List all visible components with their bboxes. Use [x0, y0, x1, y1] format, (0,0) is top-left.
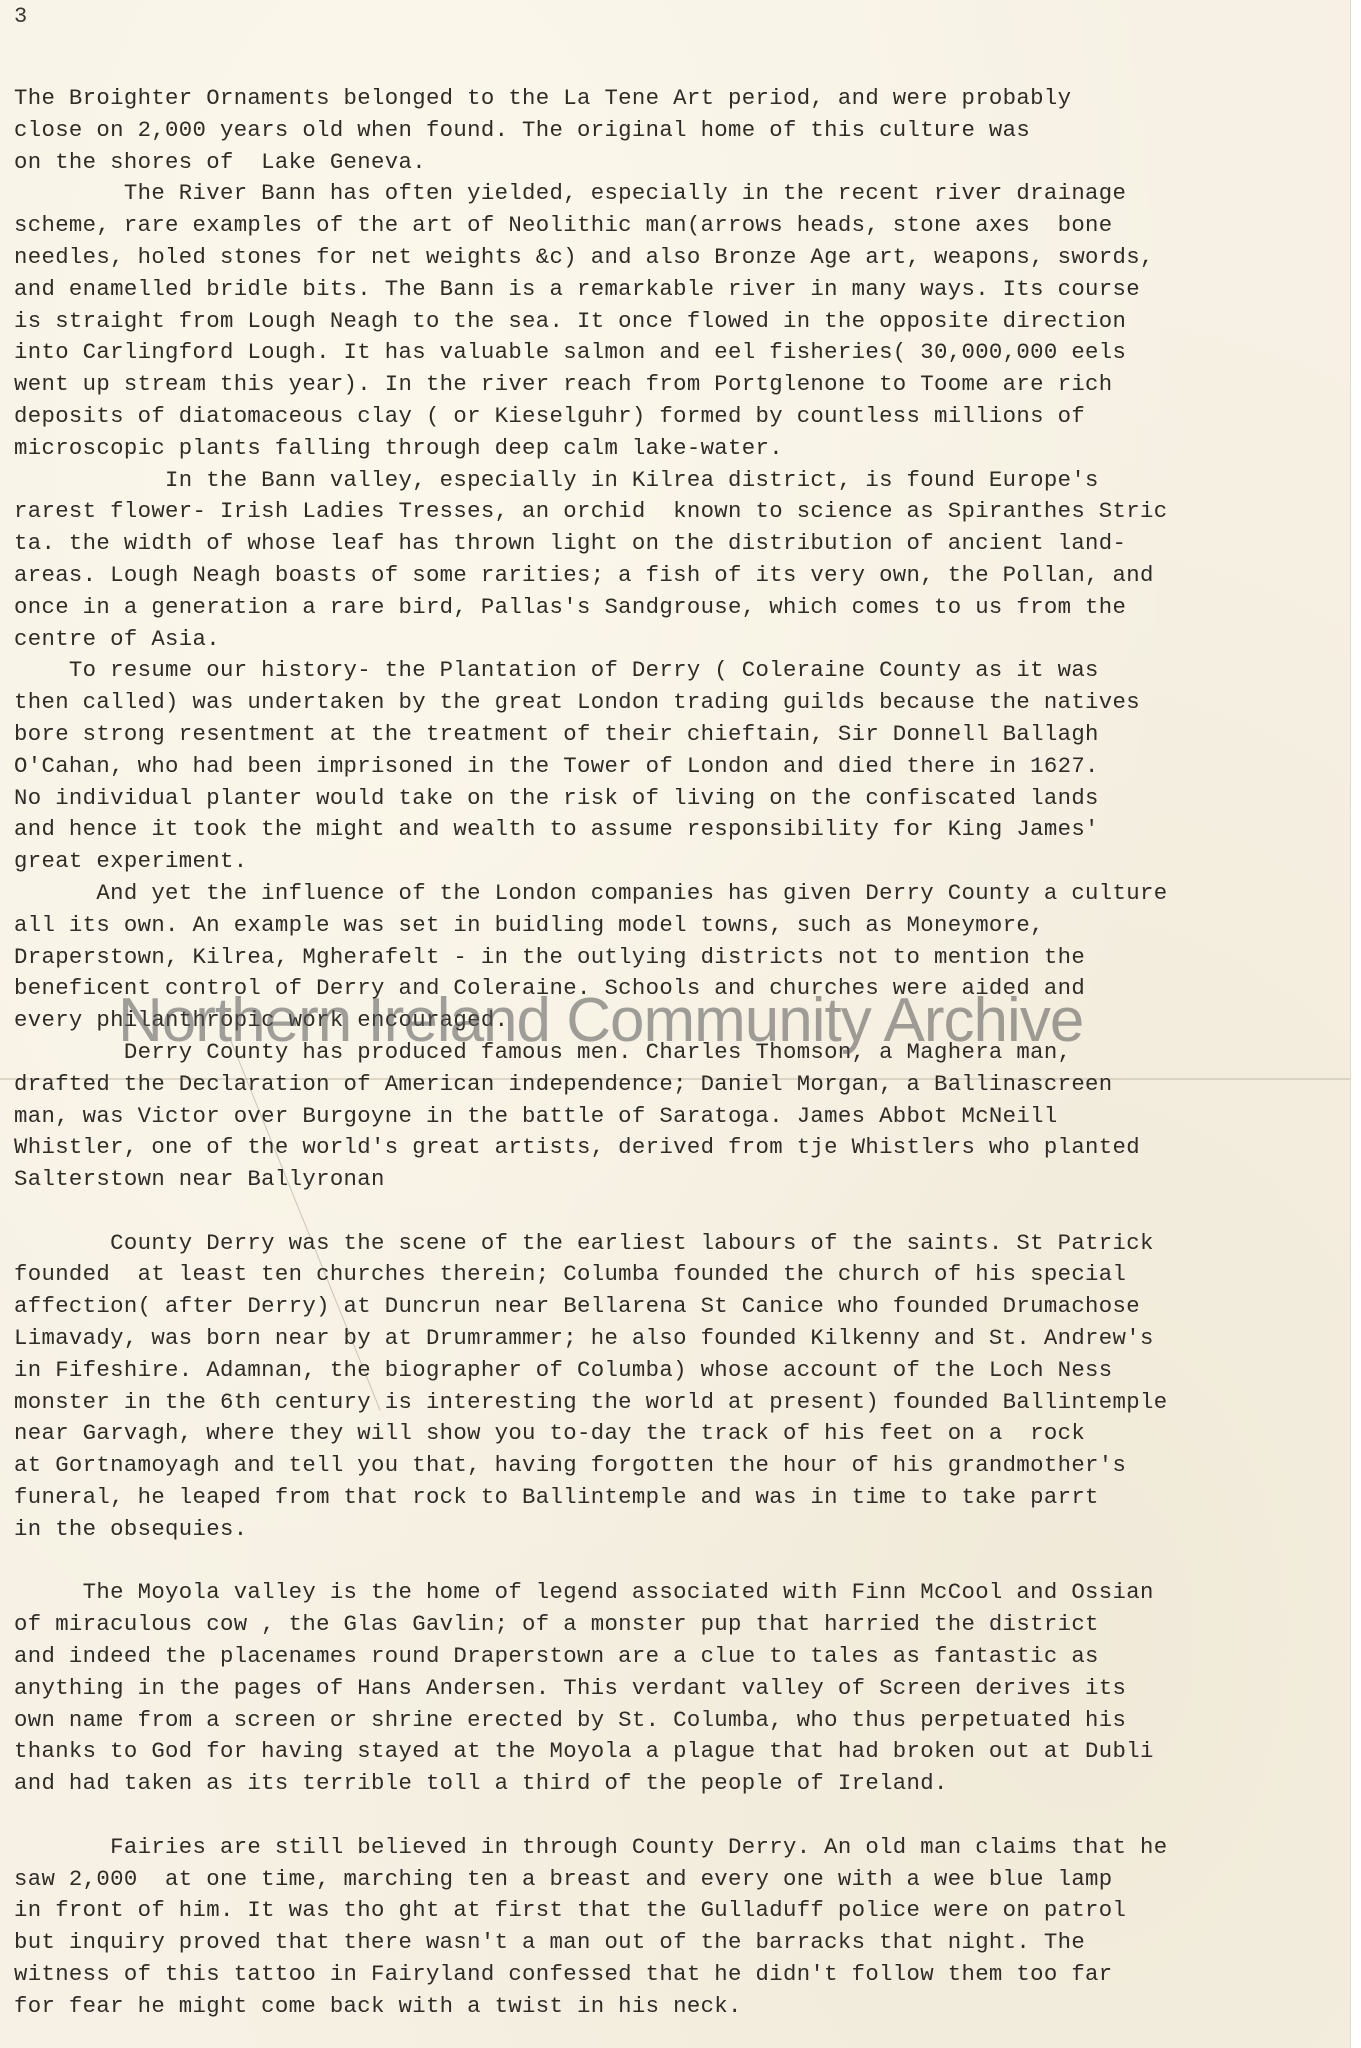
text-line: In the Bann valley, especially in Kilrea… [14, 465, 1349, 497]
text-line: founded at least ten churches therein; C… [14, 1259, 1349, 1291]
text-line: Salterstown near Ballyronan [14, 1164, 1349, 1196]
text-line: man, was Victor over Burgoyne in the bat… [14, 1101, 1349, 1133]
text-line: bore strong resentment at the treatment … [14, 719, 1349, 751]
text-line: County Derry was the scene of the earlie… [14, 1228, 1349, 1260]
text-line: once in a generation a rare bird, Pallas… [14, 592, 1349, 624]
text-line: own name from a screen or shrine erected… [14, 1705, 1349, 1737]
text-line: Fairies are still believed in through Co… [14, 1832, 1349, 1864]
text-line: at Gortnamoyagh and tell you that, havin… [14, 1450, 1349, 1482]
text-line: went up stream this year). In the river … [14, 369, 1349, 401]
text-line: needles, holed stones for net weights &c… [14, 242, 1349, 274]
text-line: and hence it took the might and wealth t… [14, 814, 1349, 846]
text-line: O'Cahan, who had been imprisoned in the … [14, 751, 1349, 783]
page-number: 3 [14, 4, 27, 29]
text-line: areas. Lough Neagh boasts of some rariti… [14, 560, 1349, 592]
text-line: thanks to God for having stayed at the M… [14, 1736, 1349, 1768]
text-line: then called) was undertaken by the great… [14, 687, 1349, 719]
paragraph: Fairies are still believed in through Co… [14, 1832, 1354, 2023]
text-line: in front of him. It was tho ght at first… [14, 1895, 1349, 1927]
text-line: is straight from Lough Neagh to the sea.… [14, 306, 1349, 338]
text-line: Draperstown, Kilrea, Mgherafelt - in the… [14, 942, 1349, 974]
text-line: microscopic plants falling through deep … [14, 433, 1349, 465]
text-line: Limavady, was born near by at Drumrammer… [14, 1323, 1349, 1355]
paper-sheet: 3 The Broighter Ornaments belonged to th… [0, 0, 1351, 2048]
text-line: The River Bann has often yielded, especi… [14, 178, 1349, 210]
text-line: in Fifeshire. Adamnan, the biographer of… [14, 1355, 1349, 1387]
text-line: To resume our history- the Plantation of… [14, 655, 1349, 687]
paragraph: The River Bann has often yielded, especi… [14, 178, 1354, 464]
paragraph: County Derry was the scene of the earlie… [14, 1228, 1354, 1546]
blank-line [14, 1196, 1354, 1228]
text-line: all its own. An example was set in buidl… [14, 910, 1349, 942]
text-line: monster in the 6th century is interestin… [14, 1387, 1349, 1419]
text-line: for fear he might come back with a twist… [14, 1991, 1349, 2023]
text-line: in the obsequies. [14, 1514, 1349, 1546]
text-line: rarest flower- Irish Ladies Tresses, an … [14, 496, 1349, 528]
text-line: and enamelled bridle bits. The Bann is a… [14, 274, 1349, 306]
text-line: drafted the Declaration of American inde… [14, 1069, 1349, 1101]
text-line: centre of Asia. [14, 624, 1349, 656]
text-line: The Broighter Ornaments belonged to the … [14, 83, 1349, 115]
text-line: ta. the width of whose leaf has thrown l… [14, 528, 1349, 560]
text-line: of miraculous cow , the Glas Gavlin; of … [14, 1609, 1349, 1641]
paragraph: And yet the influence of the London comp… [14, 878, 1354, 1037]
text-line: No individual planter would take on the … [14, 783, 1349, 815]
text-line: witness of this tattoo in Fairyland conf… [14, 1959, 1349, 1991]
paragraph: The Broighter Ornaments belonged to the … [14, 83, 1354, 178]
text-line: funeral, he leaped from that rock to Bal… [14, 1482, 1349, 1514]
paragraph: In the Bann valley, especially in Kilrea… [14, 465, 1354, 656]
text-line: into Carlingford Lough. It has valuable … [14, 337, 1349, 369]
paragraph: The Moyola valley is the home of legend … [14, 1577, 1354, 1800]
text-line: great experiment. [14, 846, 1349, 878]
text-line: near Garvagh, where they will show you t… [14, 1418, 1349, 1450]
text-line: Whistler, one of the world's great artis… [14, 1132, 1349, 1164]
text-line: Derry County has produced famous men. Ch… [14, 1037, 1349, 1069]
text-line: but inquiry proved that there wasn't a m… [14, 1927, 1349, 1959]
paragraph: To resume our history- the Plantation of… [14, 655, 1354, 878]
text-line: anything in the pages of Hans Andersen. … [14, 1673, 1349, 1705]
text-line: every philanthropic work encouraged. [14, 1005, 1349, 1037]
text-line: close on 2,000 years old when found. The… [14, 115, 1349, 147]
text-line: on the shores of Lake Geneva. [14, 147, 1349, 179]
text-line: beneficent control of Derry and Colerain… [14, 973, 1349, 1005]
text-line: deposits of diatomaceous clay ( or Kiese… [14, 401, 1349, 433]
document-body: The Broighter Ornaments belonged to the … [14, 83, 1354, 2023]
text-line: and had taken as its terrible toll a thi… [14, 1768, 1349, 1800]
text-line: saw 2,000 at one time, marching ten a br… [14, 1864, 1349, 1896]
blank-line [14, 1800, 1354, 1832]
text-line: And yet the influence of the London comp… [14, 878, 1349, 910]
text-line: and indeed the placenames round Draperst… [14, 1641, 1349, 1673]
text-line: scheme, rare examples of the art of Neol… [14, 210, 1349, 242]
blank-line [14, 1546, 1354, 1578]
paragraph: Derry County has produced famous men. Ch… [14, 1037, 1354, 1196]
text-line: The Moyola valley is the home of legend … [14, 1577, 1349, 1609]
text-line: affection( after Derry) at Duncrun near … [14, 1291, 1349, 1323]
